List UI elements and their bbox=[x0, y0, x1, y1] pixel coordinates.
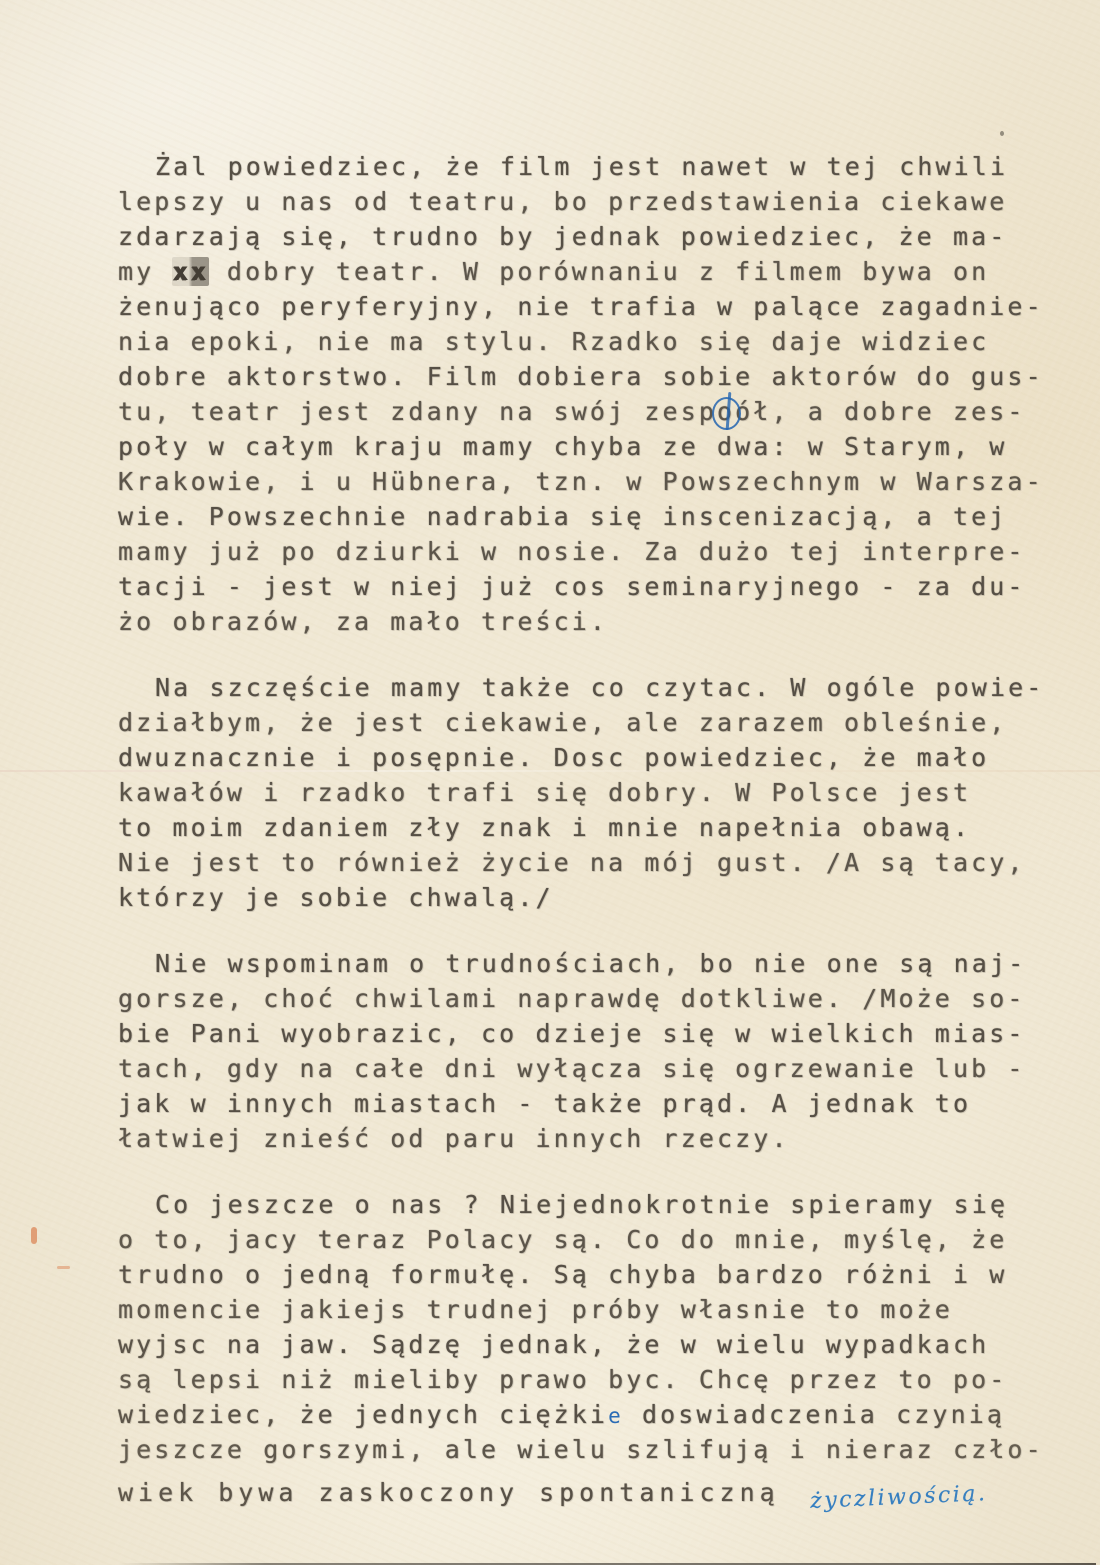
text-line: łatwiej znieść od paru innych rzeczy. bbox=[118, 1121, 1044, 1156]
paragraph-3: Nie wspominam o trudnościach, bo nie one… bbox=[118, 946, 1044, 1156]
text-line: jeszcze gorszymi, ale wielu szlifują i n… bbox=[118, 1432, 1044, 1467]
text-line: tacji - jest w niej już cos seminaryjneg… bbox=[118, 569, 1044, 604]
paragraph-4: Co jeszcze o nas ? Niejednokrotnie spier… bbox=[118, 1187, 1044, 1510]
text-line: momencie jakiejs trudnej próby własnie t… bbox=[118, 1292, 1044, 1327]
text-line-with-circled-deletion: tu, teatr jest zdany na swój zespoół, a … bbox=[118, 394, 1044, 429]
line-segment: tu, teatr jest zdany na swój zesp bbox=[118, 397, 717, 426]
red-ink-speck bbox=[31, 1227, 37, 1244]
text-line: żo obrazów, za mało treści. bbox=[118, 604, 1044, 639]
text-line: Żal powiedziec, że film jest nawet w tej… bbox=[118, 149, 1044, 184]
text-line-with-overstrike: my xx dobry teatr. W porównaniu z filmem… bbox=[118, 254, 1044, 289]
text-line: Na szczęście mamy także co czytac. W ogó… bbox=[118, 670, 1044, 705]
text-line: Co jeszcze o nas ? Niejednokrotnie spier… bbox=[118, 1187, 1044, 1222]
blue-ink-inserted-char: e bbox=[608, 1404, 624, 1428]
text-line: dwuznacznie i posępnie. Dosc powiedziec,… bbox=[118, 740, 1044, 775]
handwritten-blue-annotation: życzliwością. bbox=[809, 1476, 988, 1519]
text-line: działbym, że jest ciekawie, ale zarazem … bbox=[118, 705, 1044, 740]
text-line: wyjsc na jaw. Sądzę jednak, że w wielu w… bbox=[118, 1327, 1044, 1362]
text-line: Nie wspominam o trudnościach, bo nie one… bbox=[118, 946, 1044, 981]
text-line: dobre aktorstwo. Film dobiera sobie akto… bbox=[118, 359, 1044, 394]
text-line-with-blue-insert: wiedziec, że jednych ciężkie doswiadczen… bbox=[118, 1397, 1044, 1432]
text-line: poły w całym kraju mamy chyba ze dwa: w … bbox=[118, 429, 1044, 464]
text-line: żenująco peryferyjny, nie trafia w paląc… bbox=[118, 289, 1044, 324]
line-segment: ół, a dobre zes- bbox=[735, 397, 1025, 426]
text-line: zdarzają się, trudno by jednak powiedzie… bbox=[118, 219, 1044, 254]
ink-dot-artifact bbox=[1000, 131, 1004, 136]
blue-pen-circled-char: o bbox=[717, 397, 735, 426]
text-line: bie Pani wyobrazic, co dzieje się w wiel… bbox=[118, 1016, 1044, 1051]
text-line: nia epoki, nie ma stylu. Rzadko się daje… bbox=[118, 324, 1044, 359]
text-line: jak w innych miastach - także prąd. A je… bbox=[118, 1086, 1044, 1121]
text-line: Nie jest to również życie na mój gust. /… bbox=[118, 845, 1044, 880]
typed-over-deletion: xx bbox=[172, 257, 208, 286]
scanned-letter-page: Żal powiedziec, że film jest nawet w tej… bbox=[0, 0, 1100, 1565]
text-line: mamy już po dziurki w nosie. Za dużo tej… bbox=[118, 534, 1044, 569]
line-segment: doswiadczenia czynią bbox=[624, 1400, 1005, 1429]
text-line: są lepsi niż mieliby prawo byc. Chcę prz… bbox=[118, 1362, 1044, 1397]
line-segment: wiek bywa zaskoczony spontaniczną bbox=[118, 1478, 780, 1507]
text-line: którzy je sobie chwalą./ bbox=[118, 880, 1044, 915]
text-line: lepszy u nas od teatru, bo przedstawieni… bbox=[118, 184, 1044, 219]
red-ink-speck bbox=[57, 1266, 70, 1269]
text-line: tach, gdy na całe dni wyłącza się ogrzew… bbox=[118, 1051, 1044, 1086]
letter-body: Żal powiedziec, że film jest nawet w tej… bbox=[118, 149, 1044, 1541]
text-line: gorsze, choć chwilami naprawdę dotkliwe.… bbox=[118, 981, 1044, 1016]
paragraph-1: Żal powiedziec, że film jest nawet w tej… bbox=[118, 149, 1044, 639]
text-line: kawałów i rzadko trafi się dobry. W Pols… bbox=[118, 775, 1044, 810]
line-segment: dobry teatr. W porównaniu z filmem bywa … bbox=[209, 257, 990, 286]
text-line-with-handwriting: wiek bywa zaskoczony spontanicznążyczliw… bbox=[118, 1475, 1044, 1510]
line-segment: my bbox=[118, 257, 172, 286]
text-line: to moim zdaniem zły znak i mnie napełnia… bbox=[118, 810, 1044, 845]
paragraph-2: Na szczęście mamy także co czytac. W ogó… bbox=[118, 670, 1044, 915]
text-line: Krakowie, i u Hübnera, tzn. w Powszechny… bbox=[118, 464, 1044, 499]
text-line: o to, jacy teraz Polacy są. Co do mnie, … bbox=[118, 1222, 1044, 1257]
line-segment: wiedziec, że jednych ciężki bbox=[118, 1400, 608, 1429]
text-line: wie. Powszechnie nadrabia się inscenizac… bbox=[118, 499, 1044, 534]
text-line: trudno o jedną formułę. Są chyba bardzo … bbox=[118, 1257, 1044, 1292]
